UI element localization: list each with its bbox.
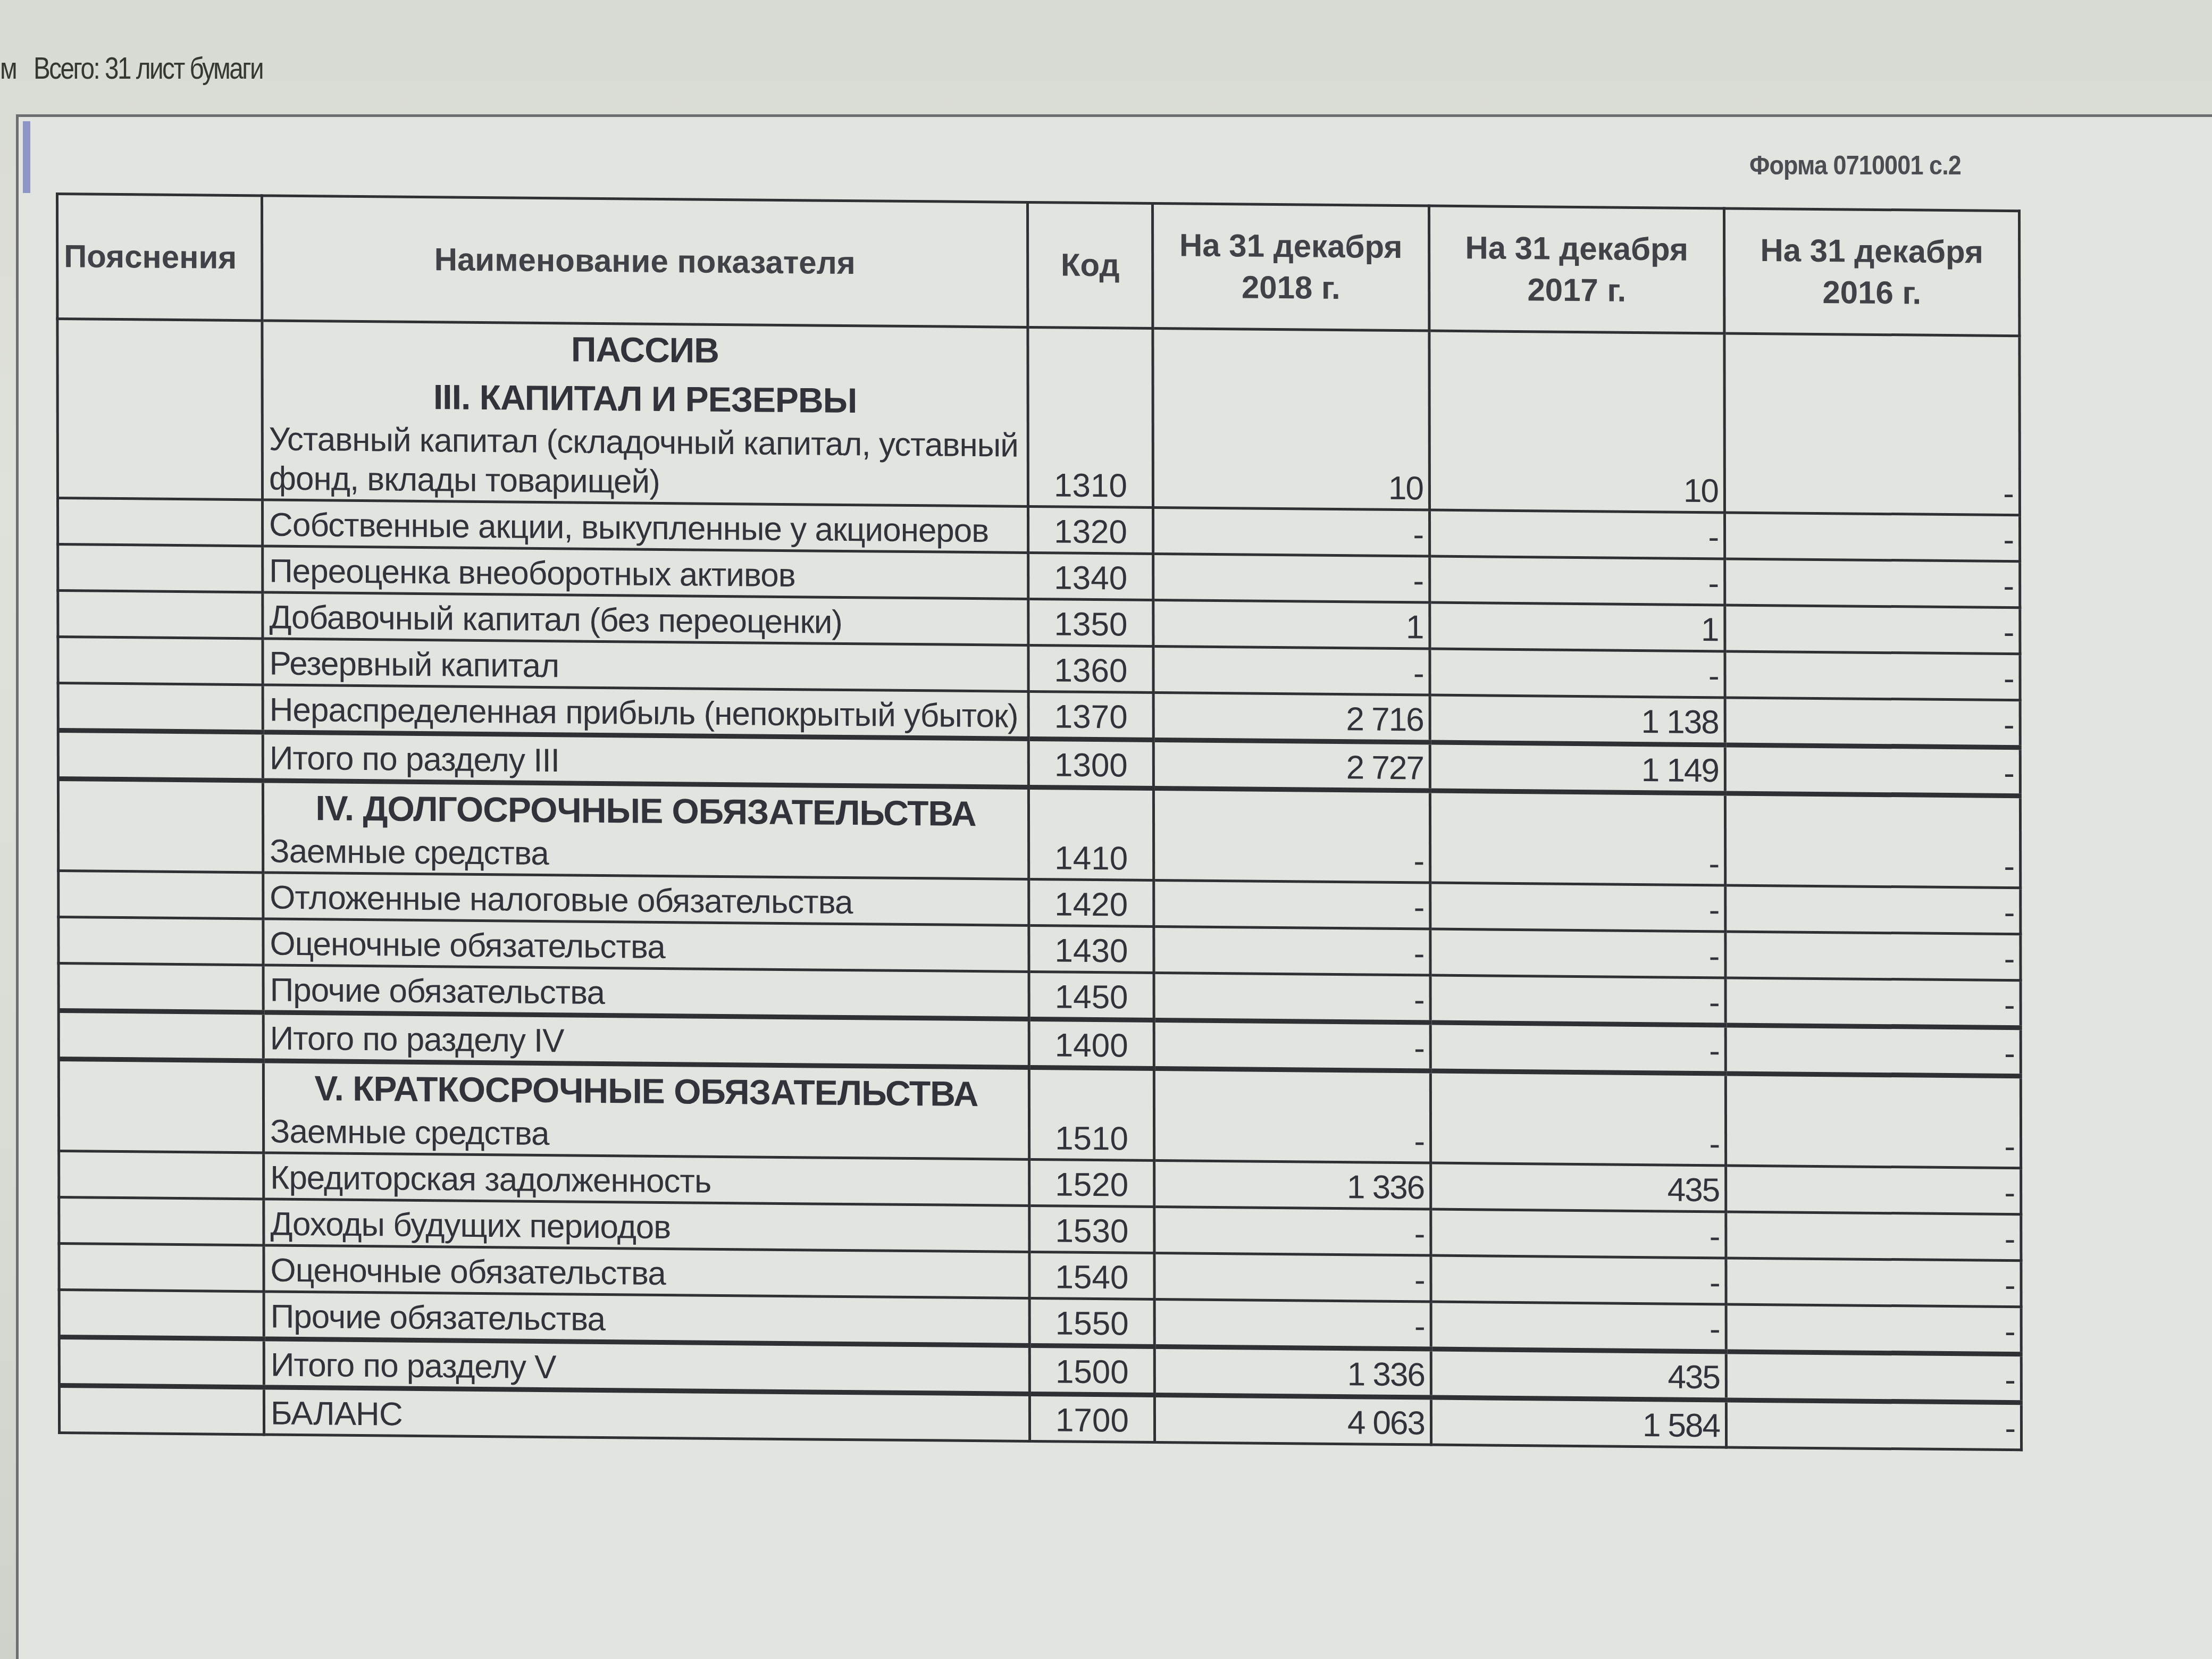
code-cell: 1450 [1029,971,1154,1020]
value-2016: - [1726,1212,2021,1261]
value-2016: - [1724,333,2020,515]
table-body: ПАССИВIII. КАПИТАЛ И РЕЗЕРВЫУставный кап… [57,319,2022,1450]
indicator-name: Итого по разделу IV [263,1012,1029,1068]
value-2017: - [1429,510,1724,559]
explanation-cell [58,1059,263,1153]
explanation-cell [58,1011,263,1061]
indicator-name: Резервный капитал [263,639,1028,692]
indicator-name: Нераспределенная прибыль (непокрытый убы… [263,685,1028,739]
indicator-label: Собственные акции, выкупленные у акционе… [269,507,988,550]
value-2018: 2 727 [1153,740,1430,791]
explanation-cell [58,731,263,781]
value-2018: 10 [1153,329,1430,510]
value-2017: - [1431,1255,1726,1304]
value-2017: 1 138 [1430,695,1725,745]
explanation-cell [58,917,263,965]
header-code: Код [1028,202,1153,328]
indicator-label: Прочие обязательства [271,1298,605,1338]
value-2017: 10 [1429,331,1725,513]
value-2016: - [1725,698,2020,748]
explanation-cell [59,1386,264,1435]
value-2017: 435 [1431,1163,1726,1212]
value-2018: 1 336 [1154,1347,1431,1398]
value-2016: - [1726,1258,2021,1307]
indicator-label: Переоценка внеоборотных активов [269,553,795,594]
value-2017: - [1431,1209,1726,1258]
value-2016: - [1726,1352,2021,1403]
code-cell: 1300 [1028,739,1153,788]
indicator-label: Итого по разделу IV [270,1020,564,1060]
explanation-cell [57,319,263,500]
explanation-cell [59,1244,264,1292]
indicator-name: ПАССИВIII. КАПИТАЛ И РЕЗЕРВЫУставный кап… [262,321,1028,507]
value-2018: - [1154,1207,1431,1256]
indicator-label: БАЛАНС [271,1395,403,1433]
value-2018: - [1154,973,1430,1023]
indicator-label: Уставный капитал (складочный капитал, ус… [269,421,1018,500]
indicator-name: Прочие обязательства [264,1292,1029,1346]
value-2018: - [1153,789,1430,883]
value-2017: 1 149 [1430,742,1725,793]
value-2016: - [1726,1400,2021,1450]
code-cell: 1350 [1028,599,1153,646]
value-2018: - [1154,1253,1431,1302]
section-heading: III. КАПИТАЛ И РЕЗЕРВЫ [269,371,1021,426]
indicator-name: Переоценка внеоборотных активов [263,546,1028,599]
indicator-name: V. КРАТКОСРОЧНЫЕ ОБЯЗАТЕЛЬСТВАЗаемные ср… [263,1061,1029,1160]
sheet-count: Всего: 31 лист бумаги [33,51,263,86]
status-bar: мВсего: 31 лист бумаги [0,51,263,86]
balance-sheet-table: Пояснения Наименование показателя Код На… [56,192,2023,1451]
value-2018: - [1154,1069,1430,1163]
value-2018: - [1153,554,1430,603]
code-cell: 1520 [1029,1159,1154,1206]
indicator-label: Прочие обязательства [270,972,605,1011]
section-heading: V. КРАТКОСРОЧНЫЕ ОБЯЗАТЕЛЬСТВА [270,1063,1023,1119]
value-2016: - [1725,885,2021,934]
code-cell: 1420 [1029,879,1154,926]
indicator-label: Оценочные обязательства [270,926,665,966]
value-2016: - [1725,605,2020,654]
explanation-cell [58,591,263,639]
value-2016: - [1725,559,2020,608]
indicator-label: Заемные средства [270,1113,549,1153]
value-2017: - [1430,1071,1725,1166]
indicator-name: Собственные акции, выкупленные у акционе… [263,500,1028,553]
value-2018: - [1154,1020,1430,1071]
indicator-label: Доходы будущих периодов [270,1206,671,1246]
explanation-cell [59,1290,264,1339]
value-2016: - [1726,1166,2021,1214]
header-2017: На 31 декабря 2017 г. [1429,206,1724,333]
indicator-label: Резервный капитал [269,646,559,685]
section-heading: ПАССИВ [269,322,1021,377]
code-cell: 1310 [1028,327,1153,507]
code-cell: 1410 [1028,787,1153,880]
table-row: IV. ДОЛГОСРОЧНЫЕ ОБЯЗАТЕЛЬСТВАЗаемные ср… [58,779,2020,888]
code-cell: 1320 [1028,506,1153,554]
code-cell: 1360 [1028,645,1153,692]
code-cell: 1510 [1029,1067,1154,1160]
value-2017: - [1430,975,1725,1025]
indicator-name: Оценочные обязательства [264,1245,1029,1298]
value-2016: - [1725,651,2020,700]
value-2017: - [1431,1302,1726,1352]
explanation-cell [58,637,263,685]
value-2018: - [1153,647,1430,696]
code-cell: 1370 [1028,691,1153,740]
value-2017: - [1430,883,1725,932]
code-cell: 1430 [1029,925,1154,973]
code-cell: 1530 [1029,1205,1154,1253]
header-2018: На 31 декабря 2018 г. [1153,203,1429,331]
indicator-label: Итого по разделу V [271,1347,556,1386]
section-heading: IV. ДОЛГОСРОЧНЫЕ ОБЯЗАТЕЛЬСТВА [270,783,1022,839]
code-cell: 1550 [1029,1298,1154,1346]
explanation-cell [58,683,263,732]
value-2017: 1 [1430,602,1725,651]
status-lead: м [0,51,16,86]
explanation-cell [58,779,263,873]
value-2016: - [1725,932,2021,981]
value-2018: - [1154,881,1430,929]
header-2016: На 31 декабря 2016 г. [1724,208,2019,336]
value-2017: - [1430,791,1725,885]
page-margin-marker [23,121,30,193]
indicator-name: Итого по разделу V [264,1339,1029,1394]
code-cell: 1700 [1029,1394,1154,1442]
value-2018: - [1154,1300,1431,1350]
value-2016: - [1725,1074,2021,1168]
explanation-cell [58,544,263,592]
value-2018: 4 063 [1154,1395,1431,1445]
indicator-name: Кредиторская задолженность [264,1153,1029,1206]
value-2016: - [1725,1025,2021,1076]
value-2016: - [1724,513,2020,562]
indicator-label: Отложенные налоговые обязательства [270,879,852,921]
value-2018: 2 716 [1153,693,1430,743]
indicator-name: Прочие обязательства [263,965,1029,1019]
explanation-cell [58,963,263,1012]
indicator-label: Оценочные обязательства [270,1252,665,1292]
explanation-cell [58,871,263,919]
value-2018: - [1154,927,1430,976]
value-2017: - [1430,556,1725,605]
indicator-label: Кредиторская задолженность [270,1160,711,1200]
indicator-name: Итого по разделу III [263,732,1028,787]
indicator-label: Добавочный капитал (без переоценки) [269,599,842,641]
value-2017: 1 584 [1431,1397,1726,1447]
code-cell: 1540 [1029,1252,1154,1299]
value-2016: - [1725,978,2021,1028]
indicator-name: БАЛАНС [264,1387,1029,1442]
value-2018: - [1153,508,1429,557]
value-2017: - [1430,929,1725,978]
indicator-name: Добавочный капитал (без переоценки) [263,592,1028,646]
value-2016: - [1726,1304,2021,1354]
table-row: ПАССИВIII. КАПИТАЛ И РЕЗЕРВЫУставный кап… [57,319,2020,515]
indicator-name: Доходы будущих периодов [264,1199,1029,1252]
indicator-label: Итого по разделу III [270,740,559,780]
explanation-cell [58,498,263,546]
value-2016: - [1725,793,2020,888]
indicator-label: Заемные средства [270,833,549,873]
value-2018: 1 336 [1154,1161,1431,1210]
explanation-cell [59,1151,264,1199]
header-explanations: Пояснения [57,194,262,321]
code-cell: 1500 [1029,1345,1154,1395]
explanation-cell [59,1337,264,1387]
value-2017: 435 [1431,1349,1726,1400]
indicator-name: Отложенные налоговые обязательства [263,873,1029,926]
code-cell: 1400 [1029,1019,1154,1068]
indicator-name: IV. ДОЛГОСРОЧНЫЕ ОБЯЗАТЕЛЬСТВАЗаемные ср… [263,781,1028,879]
value-2017: - [1430,1023,1725,1074]
value-2016: - [1725,745,2020,796]
table-row: V. КРАТКОСРОЧНЫЕ ОБЯЗАТЕЛЬСТВАЗаемные ср… [58,1059,2021,1168]
value-2018: 1 [1153,600,1430,649]
header-name: Наименование показателя [262,196,1028,328]
indicator-label: Нераспределенная прибыль (непокрытый убы… [270,692,1018,735]
value-2017: - [1430,649,1725,698]
explanation-cell [59,1197,264,1245]
form-number: Форма 0710001 с.2 [1749,150,1961,181]
code-cell: 1340 [1028,552,1153,600]
indicator-name: Оценочные обязательства [263,919,1029,972]
